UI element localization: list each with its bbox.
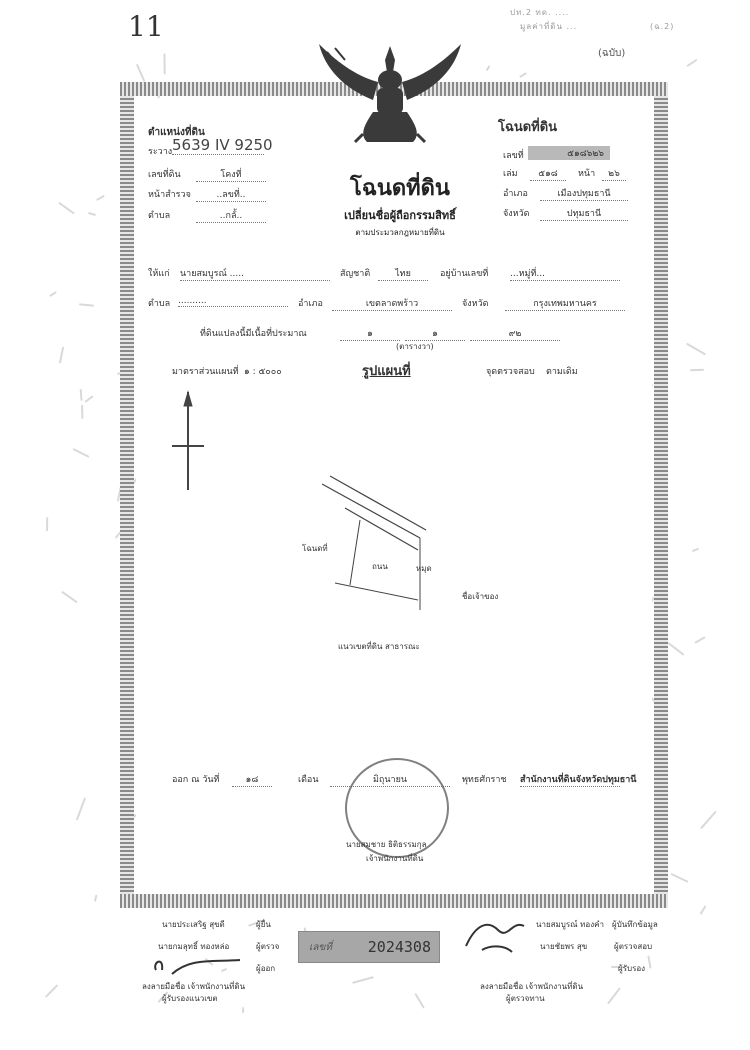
area-ngan: ๑: [405, 326, 465, 341]
deed-number-label: เลขที่: [503, 148, 524, 162]
map-label-plot: ถนน: [372, 560, 388, 573]
right-signer-2: นายชัยพร สุข: [540, 940, 587, 953]
map-sheet-label: ระวาง: [148, 144, 172, 158]
scale-value: ๑ : ๕๐๐๐: [244, 364, 282, 378]
book-label: เล่ม: [503, 166, 518, 180]
document-subtitle-note: ตามประมวลกฎหมายที่ดิน: [250, 226, 550, 239]
right-mark-1: ผู้บันทึกข้อมูล: [612, 918, 658, 931]
area-wa: ๙๒: [470, 326, 560, 341]
map-label-west: โฉนดที่: [302, 542, 328, 555]
survey-label: จุดตรวจสอบ: [486, 364, 535, 378]
handwritten-mark: 11: [128, 10, 164, 43]
tambon-label: ตำบล: [148, 296, 170, 310]
district-label: ตำบล: [148, 208, 170, 222]
book-value: ๕๑๘: [530, 166, 566, 181]
copy-mark: (ฉบับ): [598, 46, 625, 61]
area-label: ที่ดินแปลงนี้มีเนื้อที่ประมาณ: [200, 326, 307, 340]
issue-year-label: พุทธศักราช: [462, 772, 507, 786]
stamp-title: เจ้าพนักงานที่ดิน: [366, 852, 423, 865]
amphoe-value: เมืองปทุมธานี: [540, 186, 628, 201]
document-subtitle: เปลี่ยนชื่อผู้ถือกรรมสิทธิ์: [260, 206, 540, 224]
map-sheet-value: 5639 IV 9250: [172, 136, 264, 155]
survey-page-value: ..ลขที่..: [196, 187, 266, 202]
top-right-note-1: ปท.2 ทด. ....: [510, 6, 569, 19]
deed-serial-prefix: เลขที่: [309, 940, 332, 955]
parcel-map: [150, 380, 500, 660]
nationality-label: สัญชาติ: [340, 266, 370, 280]
issue-date-prefix: ออก ณ วันที่: [172, 772, 219, 786]
top-right-note-2: มูลค่าที่ดิน ...: [520, 20, 577, 33]
top-right-note-3: (ฉ.2): [650, 20, 674, 33]
area-rai: ๑: [340, 326, 400, 341]
deed-serial-box: เลขที่ 2024308: [298, 931, 440, 963]
map-label-east: ชื่อเจ้าของ: [462, 590, 498, 603]
deed-number-value: ๕๑๘๖๒๖: [528, 146, 610, 160]
left-signer-caption-2: ผู้รับรองแนวเขต: [162, 992, 218, 1005]
amphoe-label: อำเภอ: [503, 186, 528, 200]
left-mark-2: ผู้ตรวจ: [256, 940, 279, 953]
right-signer-caption-2: ผู้ตรวจทาน: [506, 992, 545, 1005]
deed-serial-number: 2024308: [368, 938, 431, 956]
deed-heading: โฉนดที่ดิน: [498, 116, 557, 137]
parcel-label: เลขที่ดิน: [148, 167, 181, 181]
area-unit-note: (ตารางวา): [396, 340, 434, 353]
survey-value: ตามเดิม: [546, 364, 578, 378]
province-value: ปทุมธานี: [540, 206, 628, 221]
grantee-label: ให้แก่: [148, 266, 170, 280]
district-value: ..กลั้..: [196, 208, 266, 223]
nationality-value: ไทย: [378, 266, 428, 281]
owner-amphoe-label: อำเภอ: [298, 296, 323, 310]
right-signer-1: นายสมบูรณ์ ทองคำ: [536, 918, 604, 931]
garuda-emblem-icon: [315, 38, 465, 148]
owner-province-value: กรุงเทพมหานคร: [505, 296, 625, 311]
left-signer-1: นายประเสริฐ สุขดี: [162, 918, 225, 931]
issue-month-label: เดือน: [298, 772, 318, 786]
issue-day: ๑๘: [232, 772, 272, 787]
address-value: ...หมู่ที่...: [510, 266, 620, 281]
right-mark-2: ผู้ตรวจสอบ: [614, 940, 652, 953]
right-mark-3: ผู้รับรอง: [618, 962, 645, 975]
grantee-name: นายสมบูรณ์ .....: [180, 266, 330, 281]
plan-heading: รูปแผนที่: [362, 360, 411, 381]
tambon-value: ..........: [178, 296, 288, 307]
owner-province-label: จังหวัด: [462, 296, 489, 310]
page-value: ๒๖: [602, 166, 626, 181]
map-label-south: แนวเขตที่ดิน สาธารณะ: [338, 640, 420, 653]
address-label: อยู่บ้านเลขที่: [440, 266, 488, 280]
map-label-marker: หมุด: [416, 562, 432, 575]
right-signature: [462, 916, 532, 956]
document-title: โฉนดที่ดิน: [300, 170, 500, 205]
left-signature: [150, 952, 250, 980]
scale-label: มาตราส่วนแผนที่: [172, 364, 239, 378]
left-mark-3: ผู้ออก: [256, 962, 275, 975]
survey-page-label: หน้าสำรวจ: [148, 187, 191, 201]
page-label: หน้า: [578, 166, 595, 180]
issue-office: สำนักงานที่ดินจังหวัดปทุมธานี: [520, 772, 620, 787]
left-mark-1: ผู้ยื่น: [256, 918, 271, 931]
owner-amphoe-value: เขตลาดพร้าว: [332, 296, 452, 311]
stamp-name: นายสมชาย ธิติธรรมกุล: [346, 838, 427, 851]
parcel-value: โคงที่: [196, 167, 266, 182]
